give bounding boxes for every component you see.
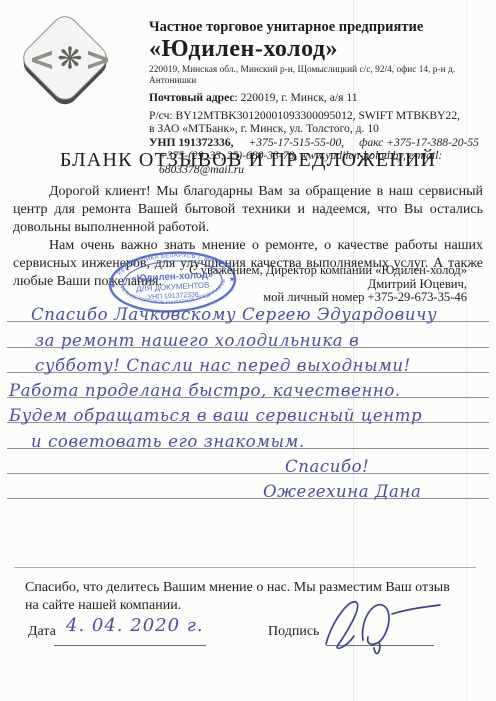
signoff-line3: мой личный номер +375-29-673-35-46 — [137, 291, 467, 305]
handwriting-text: субботу! Спасли нас перед выходными! — [7, 358, 411, 374]
handwritten-review: Спасибо Лачковскому Сергею Эдуардовичу з… — [7, 297, 489, 499]
ruled-line: за ремонт нашего холодильника в — [7, 322, 489, 347]
divider-line — [14, 567, 476, 568]
snowflake-icon: ❋ — [57, 42, 82, 77]
ruled-line: Будем обращаться в ваш сервисный центр — [7, 398, 489, 423]
org-type: Частное торговое унитарное предприятие — [149, 19, 489, 36]
stamp-star-left-icon: ✱ — [110, 282, 115, 289]
handwriting-text: и советовать его знакомым. — [7, 434, 305, 450]
unp-number: УНП 191372336, — [149, 136, 234, 149]
org-name: «Юдилен-холод» — [149, 36, 489, 63]
handwritten-date: 4. 04. 2020 г. — [66, 615, 204, 636]
ruled-line: и советовать его знакомым. — [7, 423, 489, 448]
handwriting-text: Будем обращаться в ваш сервисный центр — [7, 408, 422, 424]
handwriting-text: Ожегехина Дана — [7, 484, 421, 500]
org-address: 220019, Минская обл., Минский р-н, Щомыс… — [149, 65, 489, 87]
handwriting-text: за ремонт нашего холодильника в — [7, 333, 359, 349]
handwriting-text: Спасибо! — [7, 459, 369, 475]
feedback-form-scan: < > ❋ Частное торговое унитарное предпри… — [0, 0, 496, 701]
company-logo: < > ❋ — [8, 11, 120, 108]
handwriting-text: Работа проделана быстро, качественно. — [7, 383, 401, 399]
unp-phone-line: УНП 191372336, +375-17-515-55-00, факс +… — [149, 136, 479, 149]
bank-name-line: в ЗАО «МТБанк», г. Минск, ул. Толстого, … — [149, 122, 489, 135]
left-angle-bracket-icon: < — [29, 40, 56, 78]
handwriting-text: Спасибо Лачковскому Сергею Эдуардовичу — [7, 307, 437, 323]
intro-paragraph: Дорогой клиент! Мы благодарны Вам за обр… — [13, 183, 483, 238]
ruled-line: Спасибо! — [7, 449, 489, 474]
fax-number: факс +375-17-388-20-55 — [359, 136, 479, 149]
ruled-line: субботу! Спасли нас перед выходными! — [7, 348, 489, 373]
right-angle-bracket-icon: > — [85, 40, 112, 78]
postal-value: : 220019, г. Минск, а/я 11 — [235, 91, 358, 104]
date-underline — [54, 645, 206, 646]
postal-address: Почтовый адрес: 220019, г. Минск, а/я 11 — [149, 91, 489, 104]
postal-label: Почтовый адрес — [149, 91, 235, 104]
phone-number: +375-17-515-55-00, — [248, 136, 344, 149]
ruled-line: Ожегехина Дана — [7, 474, 489, 499]
date-label: Дата — [28, 624, 56, 640]
handwritten-signature — [300, 588, 450, 664]
signoff-line1: С уважением, Директор компании «Юдилен-х… — [137, 264, 467, 278]
ruled-line: Работа проделана быстро, качественно. — [7, 373, 489, 398]
signoff-line2: Дмитрий Юцевич, — [137, 278, 467, 292]
page-title: БЛАНК ОТЗЫВОВ И ПРЕДЛОЖЕНИЙ — [0, 149, 496, 172]
signoff-block: С уважением, Директор компании «Юдилен-х… — [137, 264, 467, 305]
bank-account-line: Р/сч: BY12MTBK30120001093300095012, SWIF… — [149, 109, 489, 122]
